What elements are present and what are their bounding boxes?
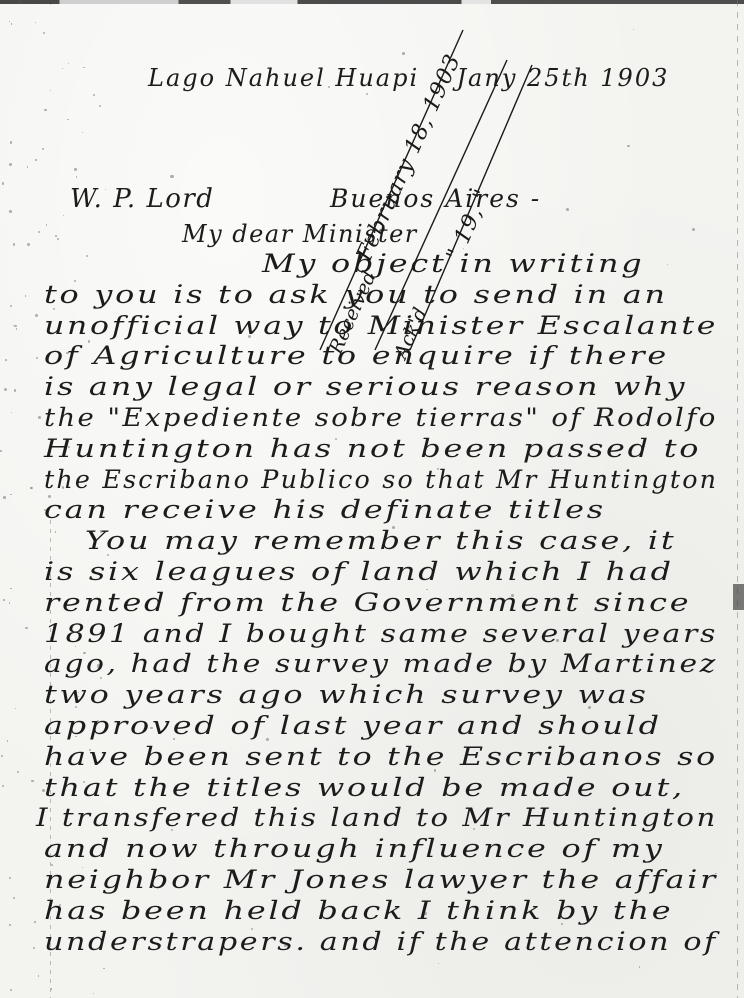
scan-speck <box>38 416 41 419</box>
scan-speck <box>586 913 588 915</box>
scan-speck <box>43 32 45 34</box>
scan-speck <box>27 243 30 246</box>
letter-line: of Agriculture to enquire if there <box>44 344 669 370</box>
scan-speck <box>3 599 4 600</box>
scan-speck <box>35 314 38 317</box>
scan-speck <box>66 352 68 354</box>
scan-speck <box>14 389 16 391</box>
letter-line: 1891 and I bought same several years <box>44 622 718 648</box>
scan-speck <box>34 921 36 923</box>
scan-speck <box>10 494 12 496</box>
letter-line: neighbor Mr Jones lawyer the affair <box>44 868 718 894</box>
scan-speck <box>36 357 38 359</box>
scan-speck <box>25 627 28 630</box>
scan-speck <box>627 145 629 147</box>
scan-speck <box>78 692 79 693</box>
recipient-place: Buenos Aires - <box>330 186 541 211</box>
scan-speck <box>9 924 11 926</box>
scan-speck <box>46 224 47 225</box>
scan-speck <box>30 487 31 488</box>
scan-speck <box>2 785 4 787</box>
scan-speck <box>25 295 26 296</box>
scan-speck <box>566 208 569 211</box>
scan-speck <box>67 119 68 120</box>
letter-line: the Escribano Publico so that Mr Hunting… <box>44 468 718 494</box>
scan-speck <box>342 516 344 518</box>
letter-line: My object in writing <box>262 252 644 278</box>
scan-speck <box>50 90 51 91</box>
letter-heading: Lago Nahuel Huapi Jany 25th 1903 <box>148 66 669 90</box>
scan-speck <box>1 755 3 757</box>
letter-line: to you is to ask you to send in an <box>44 283 668 309</box>
scan-speck <box>179 721 181 723</box>
letter-line: approved of last year and should <box>44 714 662 740</box>
scan-speck <box>83 67 84 68</box>
scan-speck <box>44 109 46 111</box>
scan-speck <box>82 132 84 134</box>
scan-speck <box>51 988 52 989</box>
heading-place: Lago Nahuel Huapi <box>148 64 419 92</box>
scan-top-edge <box>0 0 744 4</box>
scan-speck <box>103 968 104 969</box>
recipient-name: W. P. Lord <box>70 186 214 212</box>
scan-speck <box>99 105 101 107</box>
scan-speck <box>97 664 100 667</box>
letter-line: You may remember this case, it <box>85 529 676 555</box>
scan-speck <box>68 63 69 64</box>
letter-line: have been sent to the Escribanos so <box>44 745 718 771</box>
letter-line: rented from the Government since <box>44 591 691 617</box>
scan-speck <box>170 175 173 178</box>
scan-speck <box>62 68 63 69</box>
scan-speck <box>9 602 11 604</box>
scan-speck <box>10 305 12 307</box>
scan-speck <box>561 923 563 925</box>
salutation: My dear Minister <box>182 222 418 246</box>
scan-speck <box>9 21 10 22</box>
scan-speck <box>2 182 4 184</box>
scan-speck <box>74 168 76 170</box>
scan-speck <box>3 496 6 499</box>
scan-speck <box>93 94 95 96</box>
letter-line: understrapers. and if the attencion of <box>44 930 718 956</box>
scan-speck <box>173 738 174 739</box>
letter-line: is any legal or serious reason why <box>44 375 687 401</box>
scan-speck <box>9 877 11 879</box>
scan-speck <box>5 359 7 361</box>
scan-speck <box>438 963 439 964</box>
scan-speck <box>31 780 33 782</box>
letter-line: unofficial way to Minister Escalante <box>44 314 718 340</box>
scan-speck <box>416 813 418 815</box>
scan-edge-mark <box>733 584 744 610</box>
scan-speck <box>75 646 76 647</box>
scan-speck <box>10 989 12 991</box>
scan-speck <box>402 52 405 55</box>
scan-speck <box>55 235 57 237</box>
scan-speck <box>10 588 11 589</box>
scan-speck <box>692 228 695 231</box>
scan-speck <box>11 412 12 413</box>
scan-speck <box>55 531 56 532</box>
scan-speck <box>434 769 436 771</box>
scan-speck <box>366 93 368 95</box>
letter-line: I transfered this land to Mr Huntington <box>36 806 718 832</box>
scan-speck <box>473 828 475 830</box>
scan-speck <box>0 450 2 452</box>
scan-speck <box>667 264 668 265</box>
scan-speck <box>738 114 739 115</box>
scan-speck <box>42 148 44 150</box>
scan-speck <box>424 912 427 915</box>
scan-speck <box>633 29 634 30</box>
letter-line: the "Expediente sobre tierras" of Rodolf… <box>44 406 718 432</box>
letter-line: two years ago which survey was <box>44 683 649 709</box>
scan-speck <box>17 771 19 773</box>
scan-speck <box>18 1 21 4</box>
letter-line: that the titles would be made out, <box>44 776 685 802</box>
scan-speck <box>83 652 85 654</box>
scan-speck <box>38 231 40 233</box>
scan-speck <box>13 243 15 245</box>
scan-speck <box>13 897 15 899</box>
scan-speck <box>35 159 37 161</box>
letter-line: and now through influence of my <box>44 837 665 863</box>
heading-date: Jany 25th 1903 <box>456 64 669 92</box>
scan-speck <box>38 975 39 976</box>
scan-speck <box>27 166 29 168</box>
scan-right-edge <box>737 0 738 998</box>
scan-speck <box>76 176 78 178</box>
scan-speck <box>150 727 153 730</box>
scan-speck <box>15 708 17 710</box>
letter-line: is six leagues of land which I had <box>44 560 674 586</box>
scan-speck <box>14 325 17 328</box>
scan-speck <box>511 594 514 597</box>
scan-speck <box>62 486 64 488</box>
scan-speck <box>10 141 12 143</box>
letter-line: has been held back I think by the <box>44 899 673 925</box>
letter-line: can receive his definate titles <box>44 498 606 524</box>
scan-speck <box>33 947 35 949</box>
scan-speck <box>88 340 90 342</box>
scan-speck <box>93 993 94 994</box>
scan-speck <box>4 388 7 391</box>
scan-speck <box>7 740 9 742</box>
letter-line: ago, had the survey made by Martinez <box>44 652 718 678</box>
letter-line: Huntington has not been passed to <box>44 437 701 463</box>
scan-speck <box>9 163 12 166</box>
scan-speck <box>16 328 17 329</box>
scan-speck <box>659 415 661 417</box>
scan-speck <box>107 554 109 556</box>
scan-speck <box>35 22 36 23</box>
letter-page: Lago Nahuel Huapi Jany 25th 1903 W. P. L… <box>0 0 744 998</box>
scan-speck <box>9 210 12 213</box>
scan-speck <box>639 966 641 968</box>
scan-speck <box>11 23 13 25</box>
scan-speck <box>63 215 65 217</box>
scan-speck <box>86 255 88 257</box>
scan-speck <box>57 238 59 240</box>
